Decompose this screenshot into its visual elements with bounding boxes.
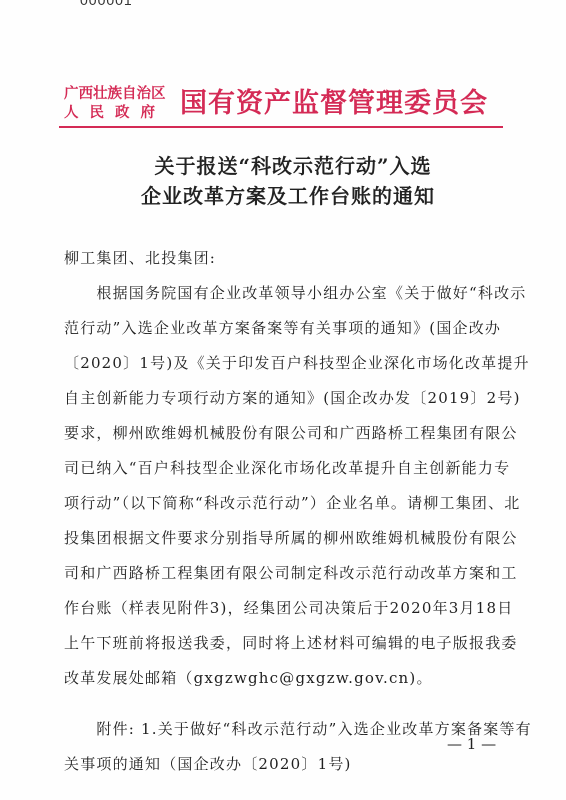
issuer-line-2: 人民政府 bbox=[64, 103, 174, 122]
page-number: — 1 — bbox=[447, 735, 496, 753]
attachment-line: 关事项的通知（国企改办〔2020〕1号) bbox=[64, 753, 352, 776]
letterhead-agency: 国有资产监督管理委员会 bbox=[180, 87, 488, 121]
body-line: 范行动”入选企业改革方案备案等有关事项的通知》(国企改办 bbox=[64, 317, 501, 340]
issuer-line-1: 广西壮族自治区 bbox=[64, 84, 174, 103]
body-line: 根据国务院国有企业改革领导小组办公室《关于做好“科改示 bbox=[64, 282, 526, 305]
letterhead-issuer: 广西壮族自治区 人民政府 bbox=[64, 84, 174, 122]
body-line: 改革发展处邮箱（gxgzwghc@gxgzw.gov.cn)。 bbox=[64, 667, 433, 690]
serial-number: 000001 bbox=[80, 0, 133, 8]
body-line: 司已纳入“百户科技型企业深化市场化改革提升自主创新能力专 bbox=[64, 457, 510, 480]
document-page: 000001 广西壮族自治区 人民政府 国有资产监督管理委员会 关于报送“科改示… bbox=[0, 0, 566, 800]
body-line: 要求，柳州欧维姆机械股份有限公司和广西路桥工程集团有限公 bbox=[64, 422, 518, 445]
document-title-line-2: 企业改革方案及工作台账的通知 bbox=[5, 180, 566, 209]
body-line: 司和广西路桥工程集团有限公司制定科改示范行动改革方案和工 bbox=[64, 562, 518, 585]
body-line: 项行动”（以下简称“科改示范行动”）企业名单。请柳工集团、北 bbox=[64, 492, 521, 515]
body-line: 作台账（样表见附件3)，经集团公司决策后于2020年3月18日 bbox=[64, 597, 513, 620]
body-line: 自主创新能力专项行动方案的通知》(国企改办发〔2019〕2号) bbox=[64, 387, 521, 410]
body-line: 上午下班前将报送我委，同时将上述材料可编辑的电子版报我委 bbox=[64, 632, 518, 655]
letterhead-divider bbox=[59, 126, 503, 128]
document-title-line-1: 关于报送“科改示范行动”入选 bbox=[10, 150, 566, 179]
salutation: 柳工集团、北投集团: bbox=[64, 247, 216, 270]
body-line: 〔2020〕1号)及《关于印发百户科技型企业深化市场化改革提升 bbox=[64, 352, 530, 375]
letterhead: 广西壮族自治区 人民政府 国有资产监督管理委员会 bbox=[62, 84, 502, 128]
body-line: 投集团根据文件要求分别指导所属的柳州欧维姆机械股份有限公 bbox=[64, 527, 518, 550]
